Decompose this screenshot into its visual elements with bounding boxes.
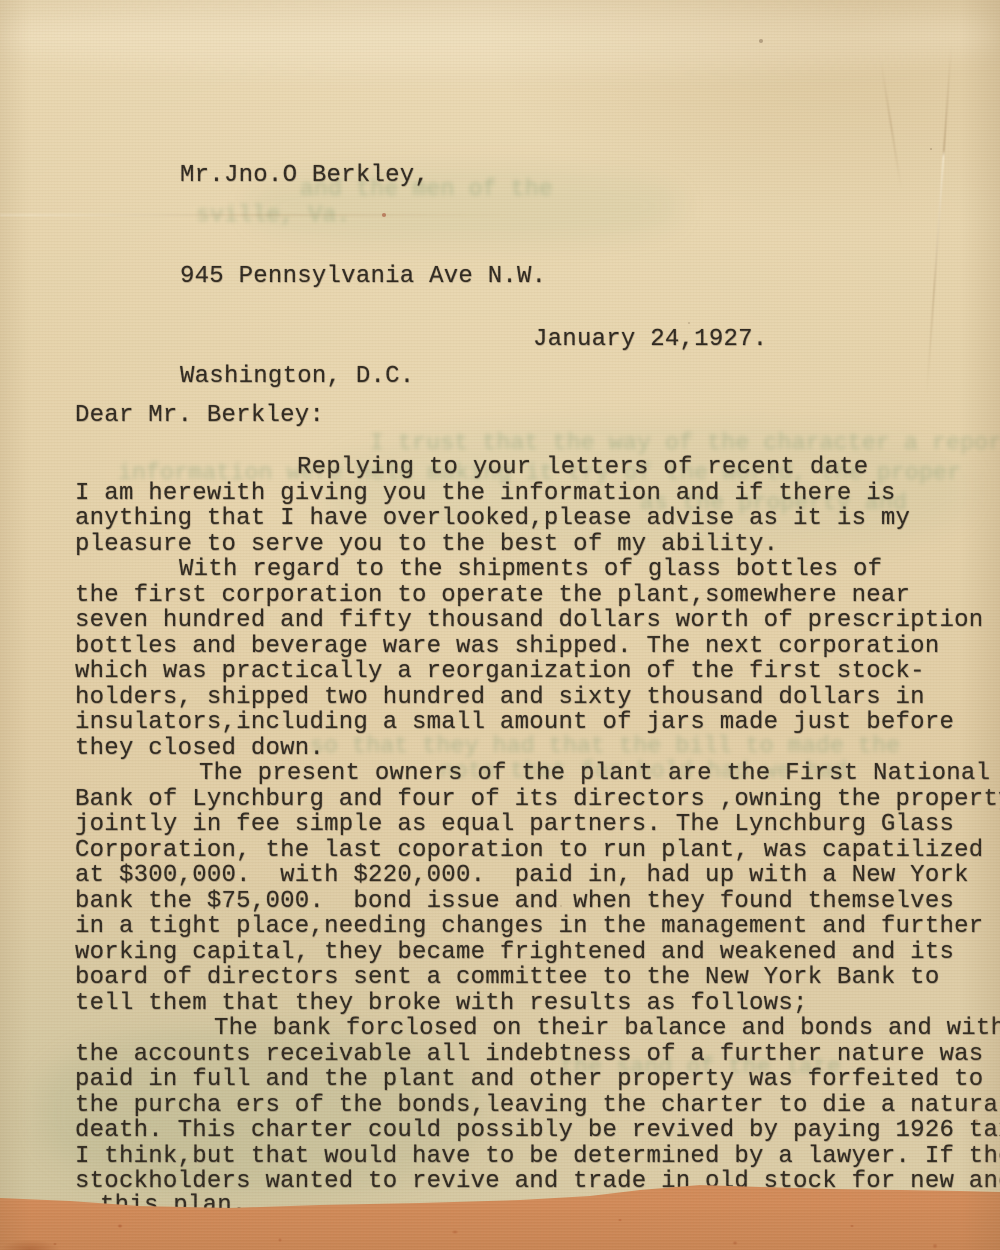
- letter-line: anything that I have overlooked,please a…: [75, 506, 1000, 532]
- letter-line: death. This charter could possibly be re…: [75, 1118, 1000, 1144]
- letter-line: The present owners of the plant are the …: [75, 761, 1000, 787]
- letter-line: in a tight place,needing changes in the …: [75, 914, 1000, 940]
- letter-line: Corporation, the last coporation to run …: [75, 838, 1000, 864]
- letter-line: bottles and beverage ware was shipped. T…: [75, 634, 1000, 660]
- letter-line: bank the $75,000. bond issue and when th…: [75, 889, 1000, 915]
- letter-body: Replying to your letters of recent dateI…: [75, 455, 1000, 1195]
- letter-line: the accounts receivable all indebtness o…: [75, 1042, 1000, 1068]
- letter-line: board of directors sent a committee to t…: [75, 965, 1000, 991]
- letter-line: tell them that they broke with results a…: [75, 991, 1000, 1017]
- letter-line: at $300,000. with $220,000. paid in, had…: [75, 863, 1000, 889]
- salutation: Dear Mr. Berkley:: [75, 402, 324, 429]
- paper-light-band: [0, 0, 1000, 70]
- letter-line: I think,but that would have to be determ…: [75, 1144, 1000, 1170]
- recipient-street: 945 Pennsylvania Ave N.W.: [180, 260, 546, 294]
- letter-line: insulators,including a small amount of j…: [75, 710, 1000, 736]
- letter-line: which was practically a reorganization o…: [75, 659, 1000, 685]
- letter-line: I am herewith giving you the information…: [75, 481, 1000, 507]
- letter-line: they closed down.: [75, 736, 1000, 762]
- letter-line: With regard to the shipments of glass bo…: [75, 557, 1000, 583]
- recipient-city: Washington, D.C.: [180, 360, 546, 394]
- recipient-name: Mr.Jno.O Berkley,: [180, 159, 546, 193]
- letter-line: the first corporation to operate the pla…: [75, 583, 1000, 609]
- letter-line: working capital, they became frightened …: [75, 940, 1000, 966]
- letter-line: holders, shipped two hundred and sixty t…: [75, 685, 1000, 711]
- paper-crease: [880, 61, 902, 190]
- letter-line: the purcha ers of the bonds,leaving the …: [75, 1093, 1000, 1119]
- paper-specks: [0, 0, 2, 2]
- letter-line: The bank forclosed on their balance and …: [75, 1016, 1000, 1042]
- paper-crease: [926, 45, 952, 394]
- letter-line: paid in full and the plant and other pro…: [75, 1067, 1000, 1093]
- letter-line: jointly in fee simple as equal partners.…: [75, 812, 1000, 838]
- letter-date: January 24,1927.: [533, 326, 767, 353]
- scanned-letter-page: and the men of thesville, Va.I trust tha…: [0, 0, 1000, 1250]
- letter-line: Bank of Lynchburg and four of its direct…: [75, 787, 1000, 813]
- letter-line: seven hundred and fifty thousand dollars…: [75, 608, 1000, 634]
- letter-line: Replying to your letters of recent date: [75, 455, 1000, 481]
- letter-line: pleasure to serve you to the best of my …: [75, 532, 1000, 558]
